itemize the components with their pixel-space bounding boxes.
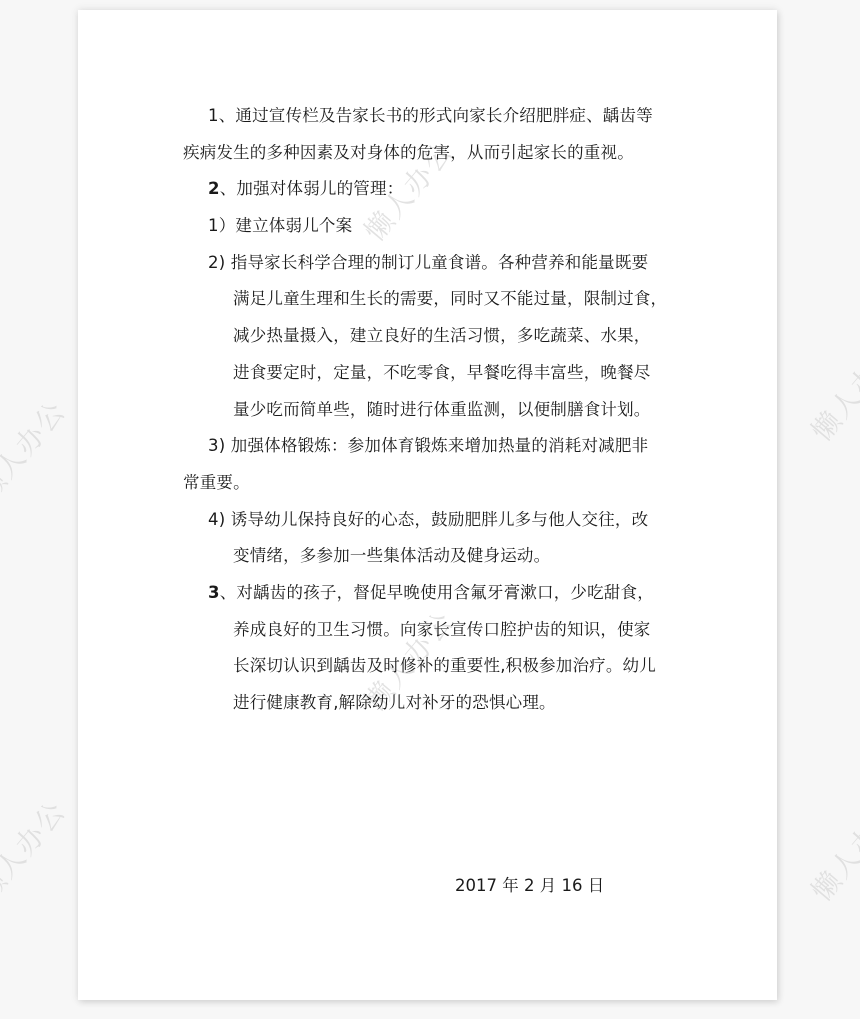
watermark: 懒人办公 [801,331,860,449]
sub-item-2-line-2: 满足儿童生理和生长的需要，同时又不能过量，限制过食， [183,281,675,318]
text: 指导家长科学合理的制订儿童食谱。各种营养和能量既要 [231,253,649,272]
sub-item-2-line-5: 量少吃而简单些，随时进行体重监测，以便制膳食计划。 [183,392,675,429]
text: 满足儿童生理和生长的需要，同时又不能过量，限制过食， [233,289,667,308]
list-number: 1） [208,216,235,235]
paragraph-3-line-4: 进行健康教育,解除幼儿对补牙的恐惧心理。 [183,685,675,722]
text: 进食要定时，定量，不吃零食，早餐吃得丰富些，晚餐尽 [233,363,651,382]
text: 对龋齿的孩子，督促早晚使用含氟牙膏漱口，少吃甜食， [236,583,654,602]
list-number-suffix: 、 [220,583,237,602]
watermark: 懒人办公 [801,791,860,909]
sub-item-3-line-1: 3) 加强体格锻炼：参加体育锻炼来增加热量的消耗对减肥非 [183,428,675,465]
text: 量少吃而简单些，随时进行体重监测，以便制膳食计划。 [233,400,651,419]
text: 长深切认识到龋齿及时修补的重要性,积极参加治疗。幼儿 [233,656,656,675]
text: 通过宣传栏及告家长书的形式向家长介绍肥胖症、龋齿等 [235,106,653,125]
paragraph-3-line-1: 3、对龋齿的孩子，督促早晚使用含氟牙膏漱口，少吃甜食， [183,575,675,612]
list-number: 1、 [208,106,235,125]
sub-item-3-line-2: 常重要。 [183,465,675,502]
document-date: 2017 年 2 月 16 日 [455,872,604,896]
paragraph-1-line-2: 疾病发生的多种因素及对身体的危害，从而引起家长的重视。 [183,135,675,172]
list-number-suffix: 、 [220,179,237,198]
watermark: 懒人办公 [0,791,74,909]
sub-item-4-line-2: 变情绪，多参加一些集体活动及健身运动。 [183,538,675,575]
document-body: 1、通过宣传栏及告家长书的形式向家长介绍肥胖症、龋齿等 疾病发生的多种因素及对身… [183,98,675,722]
text: 养成良好的卫生习惯。向家长宣传口腔护齿的知识，使家 [233,620,651,639]
sub-item-1: 1）建立体弱儿个案 [183,208,675,245]
paragraph-1-line-1: 1、通过宣传栏及告家长书的形式向家长介绍肥胖症、龋齿等 [183,98,675,135]
paragraph-2-heading: 2、加强对体弱儿的管理： [183,171,675,208]
list-number: 3) [208,436,231,455]
text: 进行健康教育,解除幼儿对补牙的恐惧心理。 [233,693,556,712]
sub-item-2-line-4: 进食要定时，定量，不吃零食，早餐吃得丰富些，晚餐尽 [183,355,675,392]
sub-item-4-line-1: 4) 诱导幼儿保持良好的心态，鼓励肥胖儿多与他人交往，改 [183,502,675,539]
list-number: 4) [208,510,231,529]
text: 建立体弱儿个案 [235,216,352,235]
list-number: 3 [208,583,220,602]
paragraph-3-line-3: 长深切认识到龋齿及时修补的重要性,积极参加治疗。幼儿 [183,648,675,685]
text: 疾病发生的多种因素及对身体的危害，从而引起家长的重视。 [183,143,634,162]
text: 加强体格锻炼：参加体育锻炼来增加热量的消耗对减肥非 [231,436,649,455]
text: 加强对体弱儿的管理： [236,179,403,198]
paragraph-3-line-2: 养成良好的卫生习惯。向家长宣传口腔护齿的知识，使家 [183,612,675,649]
text: 变情绪，多参加一些集体活动及健身运动。 [233,546,550,565]
text: 减少热量摄入，建立良好的生活习惯，多吃蔬菜、水果， [233,326,651,345]
text: 常重要。 [183,473,250,492]
sub-item-2-line-3: 减少热量摄入，建立良好的生活习惯，多吃蔬菜、水果， [183,318,675,355]
list-number: 2) [208,253,231,272]
list-number: 2 [208,179,220,198]
text: 诱导幼儿保持良好的心态，鼓励肥胖儿多与他人交往，改 [231,510,649,529]
watermark: 懒人办公 [0,391,74,509]
sub-item-2-line-1: 2) 指导家长科学合理的制订儿童食谱。各种营养和能量既要 [183,245,675,282]
